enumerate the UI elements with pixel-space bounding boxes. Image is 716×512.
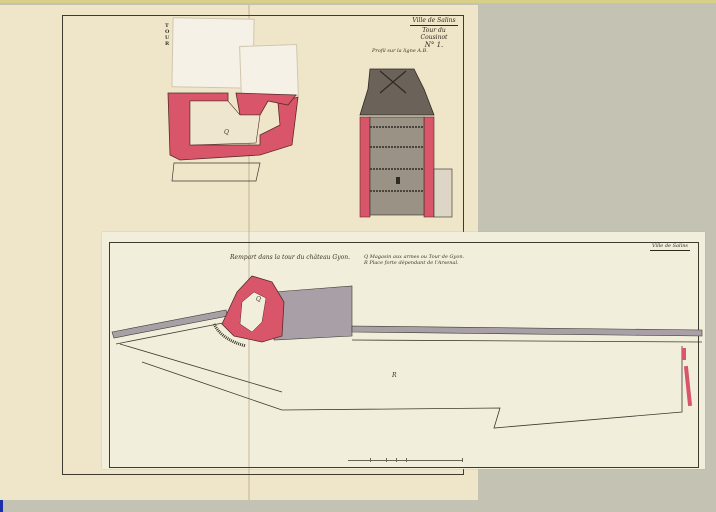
rampart-site-plan [102,232,705,469]
tower-label: Q [256,296,261,303]
scale-bar [348,456,463,461]
scan-edge-strip [0,0,716,3]
yard-label: R [392,372,397,379]
upper-cartouche: Ville de Salins Tour du Cousinot N° 1. [410,17,458,49]
tower-section-drawing [358,65,453,225]
scan-edge-mark [0,500,3,512]
cartouche-subject: Tour du Cousinot [410,27,458,41]
margin-letters: TOUR [165,23,170,47]
plan-room-label: Q [224,129,229,136]
lower-sheet: Rempart dans la tour du château Gyon. Q … [102,232,705,469]
section-title: Profil sur la ligne A.B. [372,48,428,54]
tower-ground-plan [160,85,305,185]
cartouche-town: Ville de Salins [410,17,458,24]
